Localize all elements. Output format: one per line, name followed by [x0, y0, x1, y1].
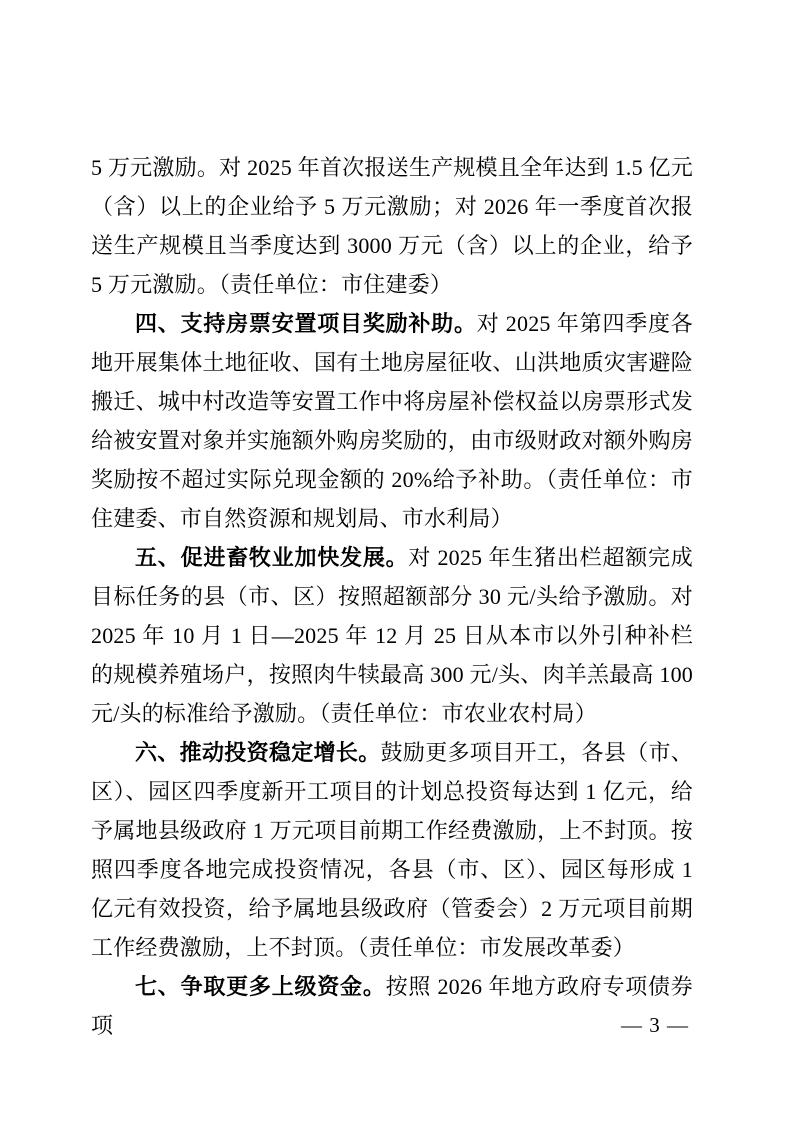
- paragraph-item-5: 五、促进畜牧业加快发展。对 2025 年生猪出栏超额完成目标任务的县（市、区）按…: [91, 538, 693, 733]
- item-heading: 六、推动投资稳定增长。: [135, 740, 381, 765]
- paragraph-item-4: 四、支持房票安置项目奖励补助。对 2025 年第四季度各地开展集体土地征收、国有…: [91, 304, 693, 538]
- item-heading: 七、争取更多上级资金。: [135, 974, 386, 999]
- document-body: 5 万元激励。对 2025 年首次报送生产规模且全年达到 1.5 亿元（含）以上…: [91, 148, 693, 1045]
- paragraph-text: 对 2025 年生猪出栏超额完成目标任务的县（市、区）按照超额部分 30 元/头…: [91, 545, 693, 726]
- paragraph-item-6: 六、推动投资稳定增长。鼓励更多项目开工，各县（市、区）、园区四季度新开工项目的计…: [91, 733, 693, 967]
- paragraph-text: 鼓励更多项目开工，各县（市、区）、园区四季度新开工项目的计划总投资每达到 1 亿…: [91, 740, 693, 960]
- paragraph-item-7: 七、争取更多上级资金。按照 2026 年地方政府专项债券项: [91, 967, 693, 1045]
- paragraph-text: 对 2025 年第四季度各地开展集体土地征收、国有土地房屋征收、山洪地质灾害避险…: [91, 311, 693, 531]
- item-heading: 五、促进畜牧业加快发展。: [135, 545, 408, 570]
- page-number: — 3 —: [621, 1010, 689, 1040]
- item-heading: 四、支持房票安置项目奖励补助。: [135, 311, 477, 336]
- paragraph-text: 5 万元激励。对 2025 年首次报送生产规模且全年达到 1.5 亿元（含）以上…: [91, 155, 693, 297]
- paragraph-continuation: 5 万元激励。对 2025 年首次报送生产规模且全年达到 1.5 亿元（含）以上…: [91, 148, 693, 304]
- document-page: 5 万元激励。对 2025 年首次报送生产规模且全年达到 1.5 亿元（含）以上…: [0, 0, 793, 1122]
